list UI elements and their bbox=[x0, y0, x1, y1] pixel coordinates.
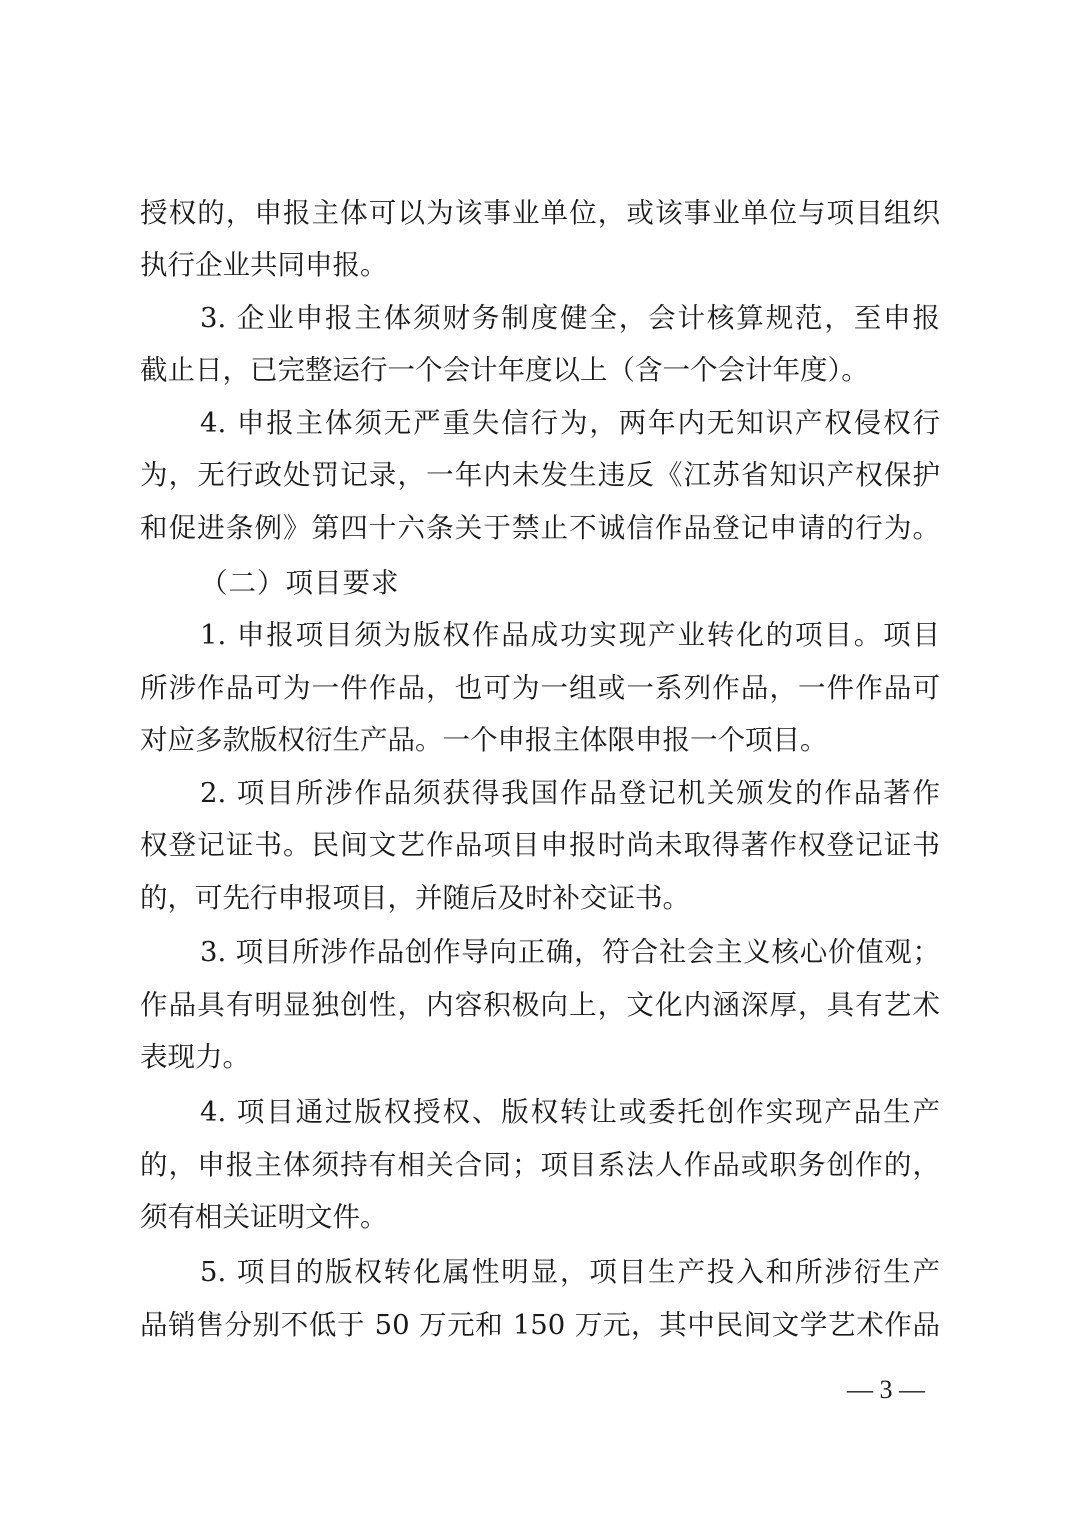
subject-item-4-line-2: 为，无行政处罚记录，一年内未发生违反《江苏省知识产权保护 bbox=[140, 455, 940, 495]
section-heading-project-requirements: （二）项目要求 bbox=[200, 563, 400, 603]
project-item-1-line-1: 1. 申报项目须为版权作品成功实现产业转化的项目。项目 bbox=[200, 615, 940, 655]
project-item-2-line-1: 2. 项目所涉作品须获得我国作品登记机关颁发的作品著作 bbox=[200, 773, 940, 813]
project-item-3-line-1: 3. 项目所涉作品创作导向正确，符合社会主义核心价值观； bbox=[200, 932, 940, 972]
project-item-4-line-3: 须有相关证明文件。 bbox=[140, 1197, 940, 1237]
paragraph-continuation-line-2: 执行企业共同申报。 bbox=[140, 245, 940, 285]
project-item-2-line-3: 的，可先行申报项目，并随后及时补交证书。 bbox=[140, 878, 940, 918]
project-item-4-line-1: 4. 项目通过版权授权、版权转让或委托创作实现产品生产 bbox=[200, 1092, 940, 1132]
project-item-3-line-3: 表现力。 bbox=[140, 1037, 940, 1077]
project-item-3-line-2: 作品具有明显独创性，内容积极向上，文化内涵深厚，具有艺术 bbox=[140, 985, 940, 1025]
paragraph-continuation-line-1: 授权的，申报主体可以为该事业单位，或该事业单位与项目组织 bbox=[140, 193, 940, 233]
project-item-4-line-2: 的，申报主体须持有相关合同；项目系法人作品或职务创作的， bbox=[140, 1145, 940, 1185]
project-item-5-line-1: 5. 项目的版权转化属性明显，项目生产投入和所涉衍生产 bbox=[200, 1252, 940, 1292]
document-page: 授权的，申报主体可以为该事业单位，或该事业单位与项目组织 执行企业共同申报。 3… bbox=[0, 0, 1080, 1527]
project-item-5-line-2: 品销售分别不低于 50 万元和 150 万元，其中民间文学艺术作品 bbox=[140, 1305, 940, 1345]
page-number: — 3 — bbox=[836, 1372, 936, 1408]
project-item-1-line-3: 对应多款版权衍生产品。一个申报主体限申报一个项目。 bbox=[140, 720, 940, 760]
project-item-2-line-2: 权登记证书。民间文艺作品项目申报时尚未取得著作权登记证书 bbox=[140, 825, 940, 865]
subject-item-4-line-3: 和促进条例》第四十六条关于禁止不诚信作品登记申请的行为。 bbox=[140, 508, 940, 548]
project-item-1-line-2: 所涉作品可为一件作品，也可为一组或一系列作品，一件作品可 bbox=[140, 668, 940, 708]
subject-item-3-line-1: 3. 企业申报主体须财务制度健全，会计核算规范，至申报 bbox=[200, 298, 940, 338]
subject-item-4-line-1: 4. 申报主体须无严重失信行为，两年内无知识产权侵权行 bbox=[200, 403, 940, 443]
subject-item-3-line-2: 截止日，已完整运行一个会计年度以上（含一个会计年度）。 bbox=[140, 350, 940, 390]
